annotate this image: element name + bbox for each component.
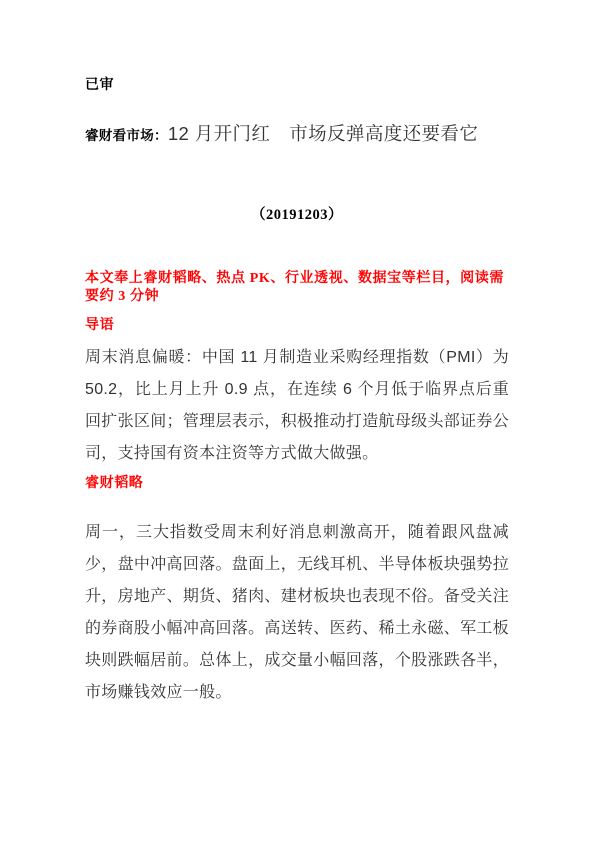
date-line: （20191203）: [85, 206, 509, 224]
page-title: 12 月开门红 市场反弹高度还要看它: [168, 123, 478, 144]
document-title-line: 睿财看市场：12 月开门红 市场反弹高度还要看它: [85, 122, 509, 148]
title-prefix: 睿财看市场：: [85, 128, 168, 143]
document-content: 已审 睿财看市场：12 月开门红 市场反弹高度还要看它 （20191203） 本…: [85, 0, 509, 709]
section-body-lead: 周末消息偏暖：中国 11 月制造业采购经理指数（PMI）为 50.2，比上月上升…: [85, 342, 509, 470]
intro-banner: 本文奉上睿财韬略、热点 PK、行业透视、数据宝等栏目，阅读需要约 3 分钟: [85, 270, 509, 306]
section-heading-strategy: 睿财韬略: [85, 475, 509, 493]
document-page: 已审 睿财看市场：12 月开门红 市场反弹高度还要看它 （20191203） 本…: [0, 0, 595, 842]
section-body-strategy: 周一，三大指数受周末利好消息刺激高开，随着跟风盘减少，盘中冲高回落。盘面上，无线…: [85, 517, 509, 709]
section-heading-lead: 导语: [85, 317, 509, 335]
review-status-label: 已审: [85, 76, 509, 92]
